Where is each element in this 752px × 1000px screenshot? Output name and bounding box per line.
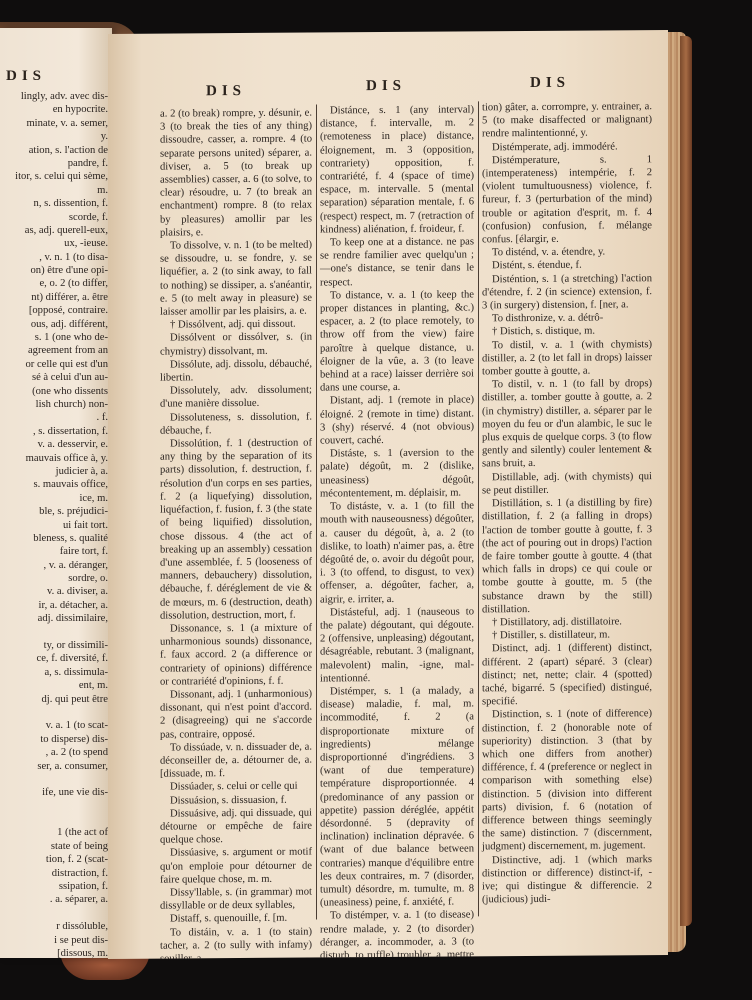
left-page-line: ty, or dissimili-: [0, 639, 108, 652]
dictionary-entry: Distáste, s. 1 (aversion to the palate) …: [320, 447, 474, 501]
left-page-line: ife, une vie dis-: [0, 786, 108, 799]
left-running-head: DIS: [6, 68, 46, 85]
left-page-line: v. a. 1 (to scat-: [0, 719, 108, 732]
left-page-line: [0, 800, 108, 813]
dictionary-entry: Dissuásive, adj. qui dissuade, qui détou…: [160, 806, 312, 847]
dictionary-entry: To keep one at a distance. ne pas se ren…: [320, 235, 474, 289]
left-page-line: [0, 706, 108, 719]
left-page-line: [0, 813, 108, 826]
dictionary-column-1: a. 2 (to break) rompre, y. désunir, e. 3…: [160, 107, 312, 959]
left-page-line: , v. a. déranger,: [0, 559, 108, 572]
left-page-line: [opposé, contraire.: [0, 304, 108, 317]
dictionary-entry: Dissonant, adj. 1 (unharmonious) dissona…: [160, 687, 312, 741]
left-page-line: [0, 773, 108, 786]
left-page-line: dj. qui peut être: [0, 693, 108, 706]
left-page-line: or celle qui est d'un: [0, 358, 108, 371]
dictionary-entry: Dissuásion, s. dissuasion, f.: [160, 793, 312, 807]
dictionary-entry: Dissúader, s. celui or celle qui: [160, 780, 312, 794]
left-page-line: 1 (the act of: [0, 826, 108, 839]
dictionary-entry: Distémperature, s. 1 (intemperateness) i…: [482, 153, 652, 247]
dictionary-entry: Dissolutely, adv. dissolument; d'une man…: [160, 384, 312, 411]
left-page-line: a, s. dissimula-: [0, 666, 108, 679]
dictionary-entry: † Distiller, s. distillateur, m.: [482, 628, 652, 642]
left-page-line: [0, 907, 108, 920]
left-page-line: en hypocrite.: [0, 103, 108, 116]
left-page-line: ser, a. consumer,: [0, 760, 108, 773]
left-page-line: v. a. desservir, e.: [0, 438, 108, 451]
dictionary-entry: To distáin, v. a. 1 (to stain) tacher, a…: [160, 925, 312, 959]
left-page-line: to disperse) dis-: [0, 733, 108, 746]
dictionary-entry: Distinctive, adj. 1 (which marks distinc…: [482, 853, 652, 907]
left-page-line: tion, f. 2 (scat-: [0, 853, 108, 866]
left-page-line: bleness, s. qualité: [0, 532, 108, 545]
left-page-text: lingly, adv. avec dis-en hypocrite.minat…: [0, 90, 108, 958]
left-page-line: r dissóluble,: [0, 920, 108, 933]
left-page-line: judicier à, a.: [0, 465, 108, 478]
left-page-line: e, o. 2 (to differ,: [0, 277, 108, 290]
left-page-line: pandre, f.: [0, 157, 108, 170]
left-page-line: lingly, adv. avec dis-: [0, 90, 108, 103]
left-page-line: on) être d'une opi-: [0, 264, 108, 277]
dictionary-entry: Distémperate, adj. immodéré.: [482, 140, 652, 154]
dictionary-entry: To distance, v. a. 1 (to keep the proper…: [320, 288, 474, 395]
dictionary-column-3: tion) gâter, a. corrompre, y. entrainer,…: [482, 100, 652, 907]
left-page-line: ent, m.: [0, 679, 108, 692]
left-page-line: , s. dissertation, f.: [0, 425, 108, 438]
left-page-line: scorde, f.: [0, 211, 108, 224]
dictionary-entry: Distinct, adj. 1 (different) distinct, d…: [482, 641, 652, 708]
left-page-line: . f.: [0, 411, 108, 424]
dictionary-entry: To distil, v. n. 1 (to fall by drops) di…: [482, 377, 652, 471]
dictionary-entry: Distaff, s. quenouille, f. [m.: [160, 912, 312, 926]
dictionary-entry: Dissy'llable, s. (in grammar) mot dissyl…: [160, 886, 312, 913]
left-page-line: , v. n. 1 (to disa-: [0, 251, 108, 264]
left-page-line: [dissous, m.: [0, 947, 108, 958]
dictionary-entry: Dissonance, s. 1 (a mixture of unharmoni…: [160, 621, 312, 688]
dictionary-entry: Distánce, s. 1 (any interval) distance, …: [320, 103, 474, 236]
left-page-line: m.: [0, 184, 108, 197]
left-page-line: n, s. dissention, f.: [0, 197, 108, 210]
dictionary-entry: Distinction, s. 1 (note of difference) d…: [482, 708, 652, 854]
left-page-line: ice, m.: [0, 492, 108, 505]
left-page-line: ous, adj. différent,: [0, 318, 108, 331]
dictionary-entry: a. 2 (to break) rompre, y. désunir, e. 3…: [160, 107, 312, 240]
column-rule-1: [316, 104, 317, 919]
dictionary-column-2: Distánce, s. 1 (any interval) distance, …: [320, 103, 474, 959]
dictionary-entry: Dissólute, adj. dissolu, débauché, liber…: [160, 357, 312, 384]
left-page-line: [0, 626, 108, 639]
left-page-line: itor, s. celui qui sème,: [0, 170, 108, 183]
left-page-line: nt) différer, a. être: [0, 291, 108, 304]
left-page-line: s. mauvais office,: [0, 478, 108, 491]
dictionary-entry: Distillátion, s. 1 (a distilling by fire…: [482, 496, 652, 616]
left-page-line: distraction, f.: [0, 867, 108, 880]
dictionary-entry: † Distillatory, adj. distillatoire.: [482, 615, 652, 629]
left-page-line: ble, s. préjudici-: [0, 505, 108, 518]
left-page-line: v. a. diviser, a.: [0, 585, 108, 598]
dictionary-entry: Distant, adj. 1 (remote in place) éloign…: [320, 394, 474, 448]
dictionary-entry: Disténtion, s. 1 (a stretching) l'action…: [482, 272, 652, 313]
running-head-2: DIS: [366, 78, 406, 95]
left-page-line: y.: [0, 130, 108, 143]
left-page-line: ation, s. l'action de: [0, 144, 108, 157]
dictionary-entry: Dissolútion, f. 1 (destruction of any th…: [160, 437, 312, 623]
dictionary-entry: Dissólvent or dissólver, s. (in chymistr…: [160, 331, 312, 358]
dictionary-entry: Distillable, adj. (with chymists) qui se…: [482, 470, 652, 498]
dictionary-entry: To distáste, v. a. 1 (to fill the mouth …: [320, 499, 474, 606]
left-page-line: state of being: [0, 840, 108, 853]
left-page-line: s. 1 (one who de-: [0, 331, 108, 344]
column-rule-2: [478, 101, 479, 916]
left-page-line: as, adj. querell-eux,: [0, 224, 108, 237]
running-head-3: DIS: [530, 75, 570, 92]
left-page-line: . a. séparer, a.: [0, 893, 108, 906]
dictionary-entry: To disténd, v. a. étendre, y.: [482, 245, 652, 259]
dictionary-entry: † Dissólvent, adj. qui dissout.: [160, 318, 312, 332]
dictionary-entry: To dissúade, v. n. dissuader de, a. déco…: [160, 740, 312, 781]
right-page: DIS DIS DIS a. 2 (to break) rompre, y. d…: [108, 30, 668, 959]
left-page: DIS lingly, adv. avec dis-en hypocrite.m…: [0, 28, 112, 958]
dictionary-entry: To dissolve, v. n. 1 (to be melted) se d…: [160, 239, 312, 319]
left-page-line: , a. 2 (to spend: [0, 746, 108, 759]
dictionary-entry: Distásteful, adj. 1 (nauseous to the pal…: [320, 605, 474, 685]
dictionary-entry: To disthronize, v. a. détrô-: [482, 311, 652, 325]
dictionary-entry: To distil, v. a. 1 (with chymists) disti…: [482, 338, 652, 379]
dictionary-entry: † Distich, s. distique, m.: [482, 325, 652, 339]
running-head-1: DIS: [206, 83, 246, 100]
left-page-line: i se peut dis-: [0, 934, 108, 947]
left-page-line: adj. dissimilaire,: [0, 612, 108, 625]
dictionary-entry: tion) gâter, a. corrompre, y. entrainer,…: [482, 100, 652, 141]
dictionary-entry: Distént, s. étendue, f.: [482, 259, 652, 273]
left-page-line: ir, a. détacher, a.: [0, 599, 108, 612]
left-page-line: lish church) non-: [0, 398, 108, 411]
left-page-line: ce, f. diversité, f.: [0, 652, 108, 665]
dictionary-entry: Dissoluteness, s. dissolution, f. débauc…: [160, 410, 312, 437]
book-cover-right: [680, 36, 692, 926]
dictionary-entry: Distémper, s. 1 (a malady, a disease) ma…: [320, 684, 474, 910]
left-page-line: faire tort, f.: [0, 545, 108, 558]
left-page-line: ssipation, f.: [0, 880, 108, 893]
left-page-line: sordre, o.: [0, 572, 108, 585]
dictionary-entry: To distémper, v. a. 1 (to disease) rendr…: [320, 909, 474, 959]
left-page-line: ui fait tort.: [0, 519, 108, 532]
left-page-line: (one who dissents: [0, 385, 108, 398]
left-page-line: ux, -ieuse.: [0, 237, 108, 250]
left-page-line: agreement from an: [0, 344, 108, 357]
left-page-line: minate, v. a. semer,: [0, 117, 108, 130]
dictionary-entry: Dissúasive, s. argument or motif qu'on e…: [160, 846, 312, 887]
left-page-line: sé à celui d'un au-: [0, 371, 108, 384]
left-page-line: mauvais office à, y.: [0, 452, 108, 465]
